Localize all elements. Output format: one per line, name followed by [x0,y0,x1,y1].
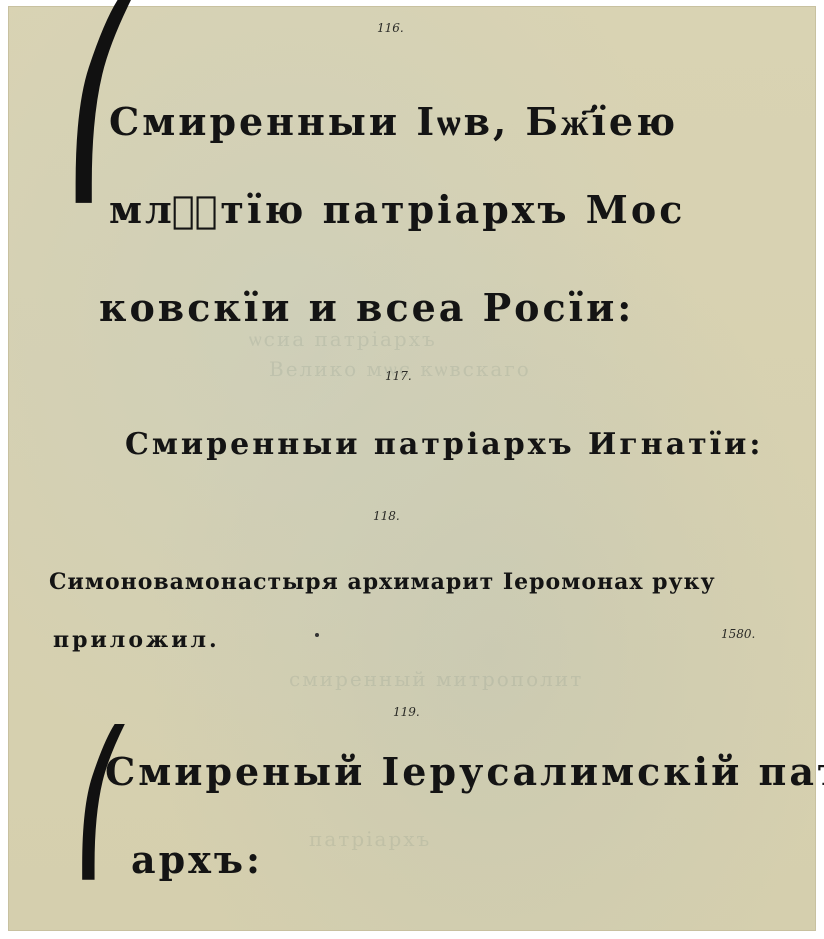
bleed-through-text: ѡсиа патріархъ [249,327,437,352]
margin-date: 1580. [721,627,755,641]
manuscript-line: Смиренныи Іѡв, Бж҃їею [109,99,678,145]
manuscript-line: Смиреный Іерусалимскій патри [105,749,824,794]
entry-number: 117. [385,369,412,383]
entry-number: 119. [393,705,420,719]
manuscript-line: млⷭ҇тїю патріархъ Мос [109,187,685,232]
ink-dot [315,633,319,637]
manuscript-line: ковскїи и всеа Росїи: [99,285,634,330]
bleed-through-text: смиренный митрополит [289,667,583,691]
entry-number: 118. [373,509,400,523]
manuscript-line: приложил. [53,627,220,653]
manuscript-page: ѡсиа патріархъ Велико мѡс кѡвскаго смире… [8,6,816,931]
manuscript-line: Симоновамонастыря архимарит Іеромонах ру… [49,569,716,595]
manuscript-line: Смиренныи патріархъ Игнатїи: [125,427,764,462]
manuscript-line: архъ: [131,837,263,882]
entry-number: 116. [377,21,404,35]
bleed-through-text: патріархъ [309,827,431,851]
